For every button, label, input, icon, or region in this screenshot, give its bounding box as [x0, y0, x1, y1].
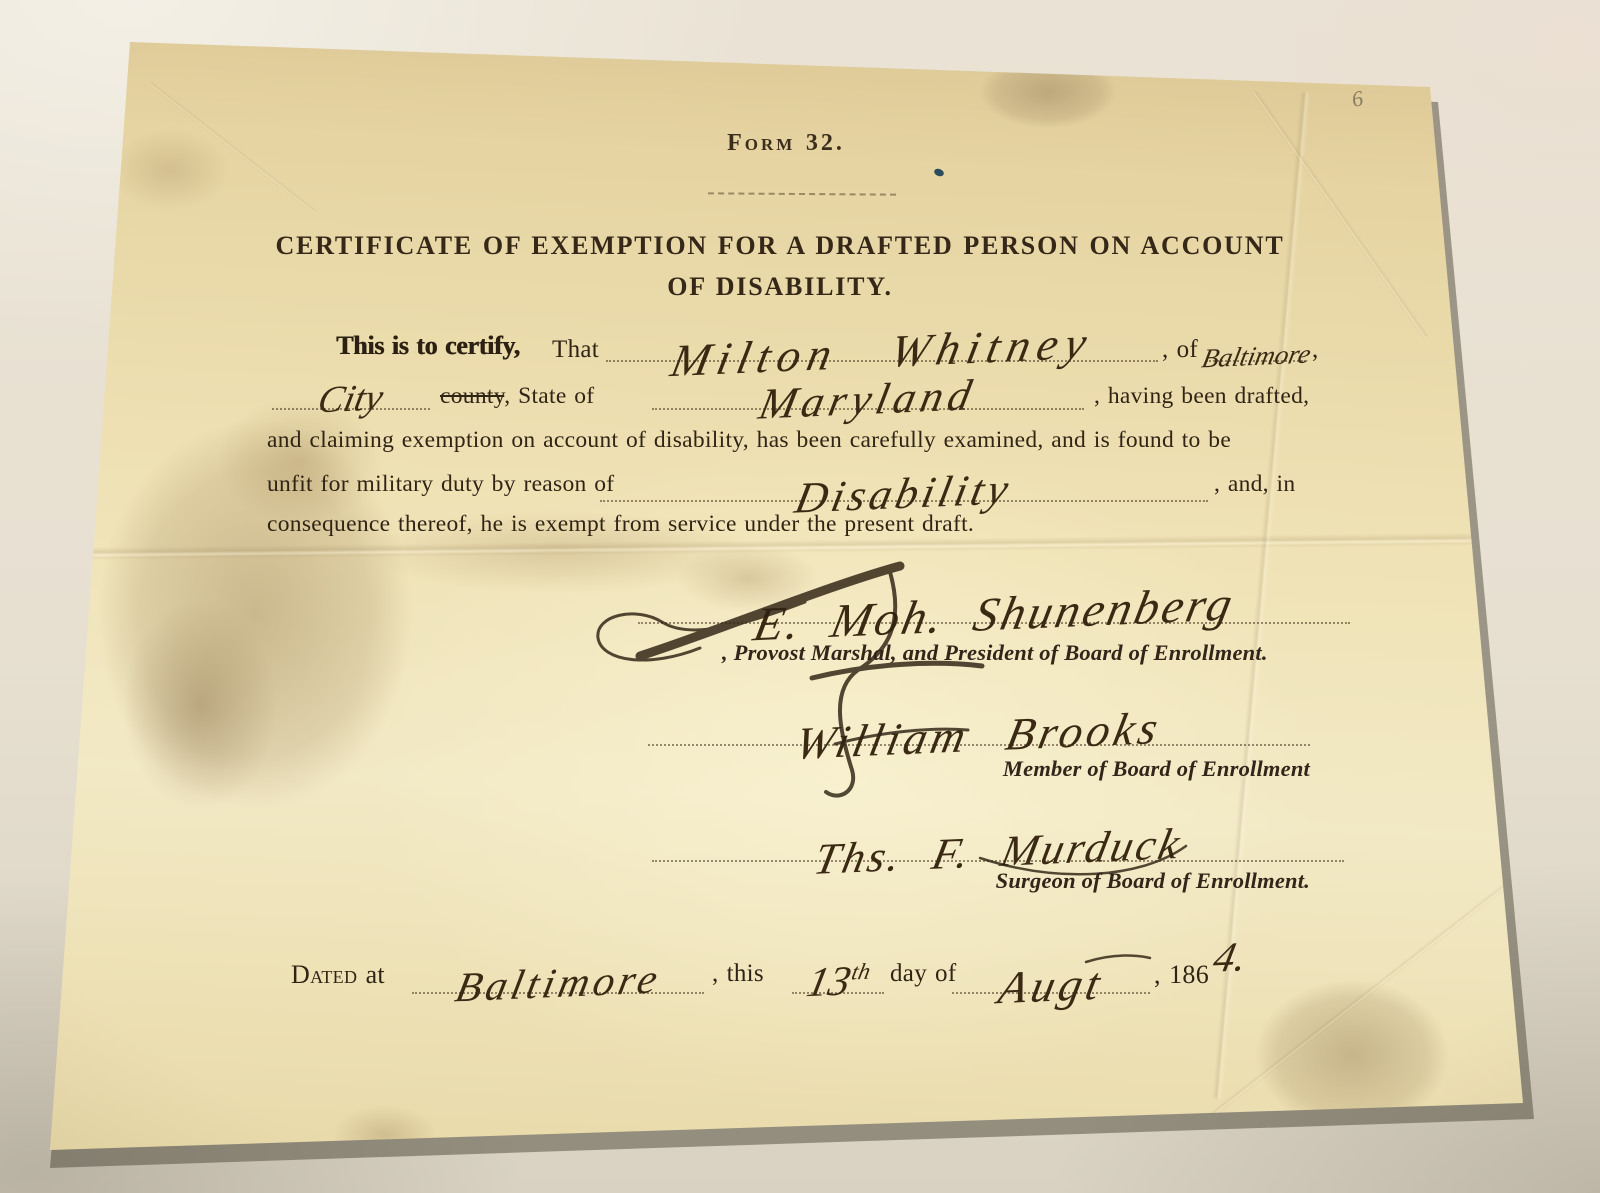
state-of-label: State of [518, 383, 594, 409]
day-script: 13th [804, 961, 873, 1003]
county-script: City [316, 380, 387, 417]
certificate-title-line2: OF DISABILITY. [210, 272, 1350, 302]
having-been-drafted-label: , having been drafted, [1094, 383, 1309, 410]
entry-state: Maryland [652, 346, 1084, 410]
day-of-label: day of [890, 960, 956, 988]
year-digit: 4. [1210, 939, 1250, 978]
of-label: , of [1162, 336, 1198, 364]
dated-at-label: Dated at [291, 960, 385, 990]
entry-dated-place: Baltimore [412, 932, 704, 994]
entry-reason: Disability [600, 444, 1208, 502]
month-script: Augt [995, 962, 1107, 1008]
certificate-title-line1: CERTIFICATE OF EXEMPTION FOR A DRAFTED P… [210, 231, 1350, 261]
day-suffix: th [849, 958, 872, 985]
and-in-suffix-label: , and, in [1214, 471, 1295, 498]
dated-word: Dated [291, 960, 357, 989]
pencil-mark: 6 [1350, 85, 1365, 113]
place-trailing-comma: , [1312, 336, 1319, 364]
county-word-struck: county [440, 383, 504, 409]
entry-day: 13th [792, 928, 884, 994]
surgeon-role-label: Surgeon of Board of Enrollment. [845, 868, 1310, 894]
entry-county: City [272, 352, 430, 410]
this-label: , this [712, 960, 764, 988]
place-script: Baltimore [1199, 341, 1312, 370]
body-line-exempt: consequence thereof, he is exempt from s… [267, 511, 974, 538]
provost-marshal-role-label: , Provost Marshal, and President of Boar… [722, 640, 1268, 666]
year-prefix-label: , 186 [1154, 960, 1209, 990]
year-digit-script: 4. [1214, 940, 1246, 978]
entry-month: Augt [952, 930, 1150, 994]
entry-signature-surgeon: Ths. F. Murduck [652, 798, 1344, 862]
member-role-label: Member of Board of Enrollment [850, 756, 1310, 782]
day-number: 13 [803, 959, 855, 1007]
entry-place-of-residence: Baltimore [1206, 310, 1306, 362]
crease-top-left-corner [148, 81, 317, 215]
blue-ink-dot [933, 167, 945, 177]
form-number: Form 32. [586, 130, 986, 157]
dated-place-script: Baltimore [452, 962, 664, 1009]
county-comma: , [504, 383, 518, 409]
that-label: That [552, 336, 599, 364]
photo-of-certificate: Form 32. CERTIFICATE OF EXEMPTION FOR A … [0, 0, 1600, 1193]
form-number-rule [708, 192, 896, 195]
certificate-paper: Form 32. CERTIFICATE OF EXEMPTION FOR A … [0, 0, 1600, 1193]
unfit-prefix-label: unfit for military duty by reason of [267, 471, 614, 498]
entry-signature-provost-marshal: E. Moh. Shunenberg [638, 552, 1350, 624]
provost-marshal-signature-script: E. Moh. Shunenberg [750, 582, 1238, 646]
state-script: Maryland [756, 376, 980, 425]
county-state-labels: county, State of [440, 383, 594, 410]
at-word: at [357, 960, 385, 989]
entry-signature-member: William Brooks [648, 680, 1310, 746]
